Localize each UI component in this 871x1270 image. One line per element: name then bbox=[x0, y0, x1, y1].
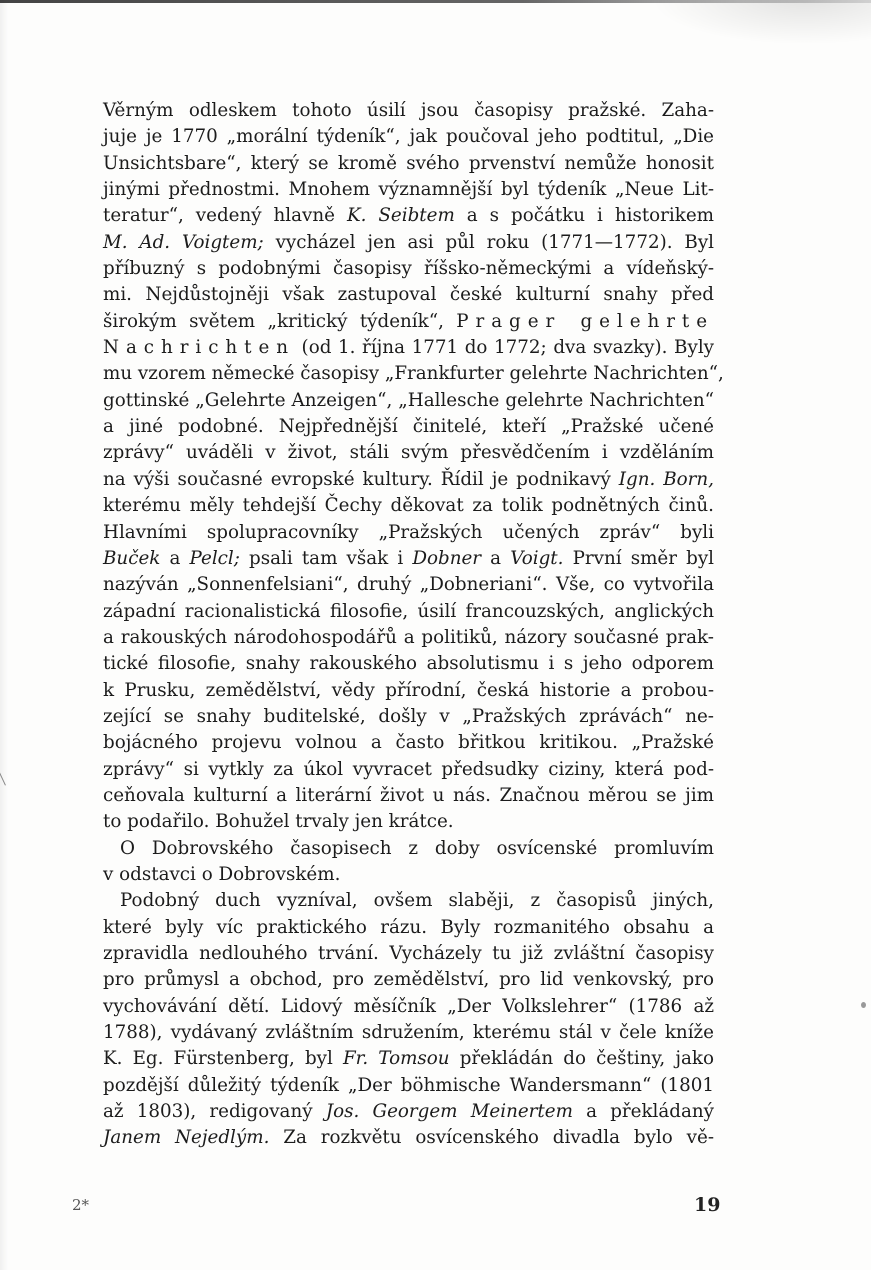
text-segment: zpravidla nedlouhého trvání. Vycházely t… bbox=[103, 943, 714, 964]
italic-name: Pelcl; bbox=[190, 548, 240, 569]
text-line: v odstavci o Dobrovském. bbox=[103, 862, 714, 888]
text-segment: zprávy“ uváděli v život, stáli svým přes… bbox=[103, 442, 714, 463]
text-segment: psali tam však i bbox=[240, 548, 412, 569]
text-line: tické filosofie, snahy rakouského absolu… bbox=[103, 651, 714, 677]
text-line: juje je 1770 „morální týdeník“, jak pouč… bbox=[103, 124, 714, 150]
text-line: M. Ad. Voigtem; vycházel jen asi půl rok… bbox=[103, 230, 714, 256]
text-line: jinými přednostmi. Mnohem významnější by… bbox=[103, 177, 714, 203]
italic-name: Janem Nejedlým. bbox=[103, 1127, 269, 1148]
italic-name: Buček bbox=[103, 548, 160, 569]
text-line: a jiné podobné. Nejpřednější činitelé, k… bbox=[103, 414, 714, 440]
printer-signature-mark: 2* bbox=[72, 1196, 89, 1214]
spaced-title: Nachrichten bbox=[103, 337, 295, 358]
italic-name: M. Ad. Voigtem; bbox=[103, 232, 264, 253]
text-line: Hlavními spolupracovníky „Pražských učen… bbox=[103, 520, 714, 546]
text-line: až 1803), redigovaný Jos. Georgem Meiner… bbox=[103, 1099, 714, 1125]
text-segment: mu vzorem německé časopisy „Frankfurter … bbox=[103, 363, 724, 384]
italic-name: Fr. Tomsou bbox=[343, 1048, 450, 1069]
text-line: teratur“, vedený hlavně K. Seibtem a s p… bbox=[103, 203, 714, 229]
text-line: vychovávání dětí. Lidový měsíčník „Der V… bbox=[103, 994, 714, 1020]
text-segment: O Dobrovského časopisech z doby osvícens… bbox=[120, 838, 714, 859]
text-segment: pozdější důležitý týdeník „Der böhmische… bbox=[103, 1075, 714, 1096]
text-segment: ceňovala kulturní a literární život u ná… bbox=[103, 785, 714, 806]
text-line: širokým světem „kritický týdeník“, Prage… bbox=[103, 309, 714, 335]
text-line: pro průmysl a obchod, pro zemědělství, p… bbox=[103, 967, 714, 993]
page-body-text: Věrným odleskem tohoto úsilí jsou časopi… bbox=[103, 98, 714, 1152]
text-line: Věrným odleskem tohoto úsilí jsou časopi… bbox=[103, 98, 714, 124]
text-segment: mi. Nejdůstojněji však zastupoval české … bbox=[103, 284, 714, 305]
text-segment: Hlavními spolupracovníky „Pražských učen… bbox=[103, 522, 714, 543]
text-segment: k Prusku, zemědělství, vědy přírodní, če… bbox=[103, 680, 714, 701]
text-line: k Prusku, zemědělství, vědy přírodní, če… bbox=[103, 678, 714, 704]
text-segment: bojácného projevu volnou a často břitkou… bbox=[103, 732, 714, 753]
text-line: Janem Nejedlým. Za rozkvětu osvícenského… bbox=[103, 1125, 714, 1151]
text-line: zprávy“ uváděli v život, stáli svým přes… bbox=[103, 440, 714, 466]
text-line: 1788), vydávaný zvláštním sdružením, kte… bbox=[103, 1020, 714, 1046]
text-line: na výši současné evropské kultury. Řídil… bbox=[103, 467, 714, 493]
text-line: kterému měly tehdejší Čechy děkovat za t… bbox=[103, 493, 714, 519]
text-line: pozdější důležitý týdeník „Der böhmische… bbox=[103, 1073, 714, 1099]
text-segment: Podobný duch vyzníval, ovšem slaběji, z … bbox=[120, 890, 714, 911]
scan-left-shadow bbox=[0, 0, 8, 1270]
text-segment: nazýván „Sonnenfelsiani“, druhý „Dobneri… bbox=[103, 574, 714, 595]
text-segment: západní racionalistická filosofie, úsilí… bbox=[103, 601, 714, 622]
text-segment: První směr byl bbox=[563, 548, 714, 569]
text-segment: 1788), vydávaný zvláštním sdružením, kte… bbox=[103, 1022, 714, 1043]
text-line: K. Eg. Fürstenberg, byl Fr. Tomsou překl… bbox=[103, 1046, 714, 1072]
text-segment: juje je 1770 „morální týdeník“, jak pouč… bbox=[103, 126, 714, 147]
text-segment: pro průmysl a obchod, pro zemědělství, p… bbox=[103, 969, 714, 990]
italic-name: Jos. Georgem Meinertem bbox=[326, 1101, 573, 1122]
text-segment: a bbox=[160, 548, 189, 569]
text-segment: to podařilo. Bohužel trvaly jen krátce. bbox=[103, 811, 454, 832]
text-segment: jinými přednostmi. Mnohem významnější by… bbox=[103, 179, 714, 200]
text-segment: které byly víc praktického rázu. Byly ro… bbox=[103, 917, 714, 938]
text-segment: kterému měly tehdejší Čechy děkovat za t… bbox=[103, 495, 714, 516]
text-segment: vychovávání dětí. Lidový měsíčník „Der V… bbox=[103, 996, 714, 1017]
text-segment: a s počátku i historikem bbox=[455, 205, 714, 226]
text-line: nazýván „Sonnenfelsiani“, druhý „Dobneri… bbox=[103, 572, 714, 598]
text-segment: Za rozkvětu osvícenského divadla bylo vě… bbox=[269, 1127, 714, 1148]
text-line: Buček a Pelcl; psali tam však i Dobner a… bbox=[103, 546, 714, 572]
text-segment: v odstavci o Dobrovském. bbox=[103, 864, 340, 885]
text-segment: vycházel jen asi půl roku (1771—1772). B… bbox=[264, 232, 714, 253]
text-line: Unsichtsbare“, který se kromě svého prve… bbox=[103, 151, 714, 177]
italic-name: Voigt. bbox=[510, 548, 563, 569]
scan-speck bbox=[861, 1002, 866, 1008]
text-line: gottinské „Gelehrte Anzeigen“, „Hallesch… bbox=[103, 388, 714, 414]
text-segment: K. Eg. Fürstenberg, byl bbox=[103, 1048, 343, 1069]
text-segment: překládán do češtiny, jako bbox=[450, 1048, 714, 1069]
text-line: zející se snahy buditelské, došly v „Pra… bbox=[103, 704, 714, 730]
scan-shadow bbox=[651, 0, 871, 45]
text-line: to podařilo. Bohužel trvaly jen krátce. bbox=[103, 809, 714, 835]
text-segment: tické filosofie, snahy rakouského absolu… bbox=[103, 653, 714, 674]
text-line: ceňovala kulturní a literární život u ná… bbox=[103, 783, 714, 809]
text-segment: širokým světem „kritický týdeník“, bbox=[103, 311, 456, 332]
text-segment: gottinské „Gelehrte Anzeigen“, „Hallesch… bbox=[103, 390, 714, 411]
text-segment: až 1803), redigovaný bbox=[103, 1101, 326, 1122]
text-line: západní racionalistická filosofie, úsilí… bbox=[103, 599, 714, 625]
spaced-title: Prager gelehrte bbox=[456, 311, 714, 332]
text-segment: teratur“, vedený hlavně bbox=[103, 205, 347, 226]
text-segment: příbuzný s podobnými časopisy říšsko-něm… bbox=[103, 258, 714, 279]
text-segment: na výši současné evropské kultury. Řídil… bbox=[103, 469, 619, 490]
text-line: mu vzorem německé časopisy „Frankfurter … bbox=[103, 361, 714, 387]
text-segment: Unsichtsbare“, který se kromě svého prve… bbox=[103, 153, 714, 174]
text-segment: (od 1. října 1771 do 1772; dva svazky). … bbox=[295, 337, 714, 358]
text-line: a rakouských národohospodářů a politiků,… bbox=[103, 625, 714, 651]
text-line: bojácného projevu volnou a často břitkou… bbox=[103, 730, 714, 756]
text-line: O Dobrovského časopisech z doby osvícens… bbox=[103, 836, 714, 862]
text-segment: zející se snahy buditelské, došly v „Pra… bbox=[103, 706, 714, 727]
text-segment: a bbox=[481, 548, 510, 569]
text-segment: a rakouských národohospodářů a politiků,… bbox=[103, 627, 714, 648]
text-segment: zprávy“ si vytkly za úkol vyvracet předs… bbox=[103, 759, 714, 780]
text-line: Nachrichten (od 1. října 1771 do 1772; d… bbox=[103, 335, 714, 361]
text-line: Podobný duch vyzníval, ovšem slaběji, z … bbox=[103, 888, 714, 914]
text-line: zprávy“ si vytkly za úkol vyvracet předs… bbox=[103, 757, 714, 783]
text-line: zpravidla nedlouhého trvání. Vycházely t… bbox=[103, 941, 714, 967]
text-segment: Věrným odleskem tohoto úsilí jsou časopi… bbox=[103, 100, 714, 121]
page-number: 19 bbox=[694, 1194, 720, 1216]
text-line: příbuzný s podobnými časopisy říšsko-něm… bbox=[103, 256, 714, 282]
italic-name: K. Seibtem bbox=[347, 205, 455, 226]
text-line: mi. Nejdůstojněji však zastupoval české … bbox=[103, 282, 714, 308]
text-line: které byly víc praktického rázu. Byly ro… bbox=[103, 915, 714, 941]
text-segment: a překládaný bbox=[573, 1101, 714, 1122]
italic-name: Ign. Born, bbox=[619, 469, 714, 490]
italic-name: Dobner bbox=[412, 548, 481, 569]
text-segment: a jiné podobné. Nejpřednější činitelé, k… bbox=[103, 416, 714, 437]
